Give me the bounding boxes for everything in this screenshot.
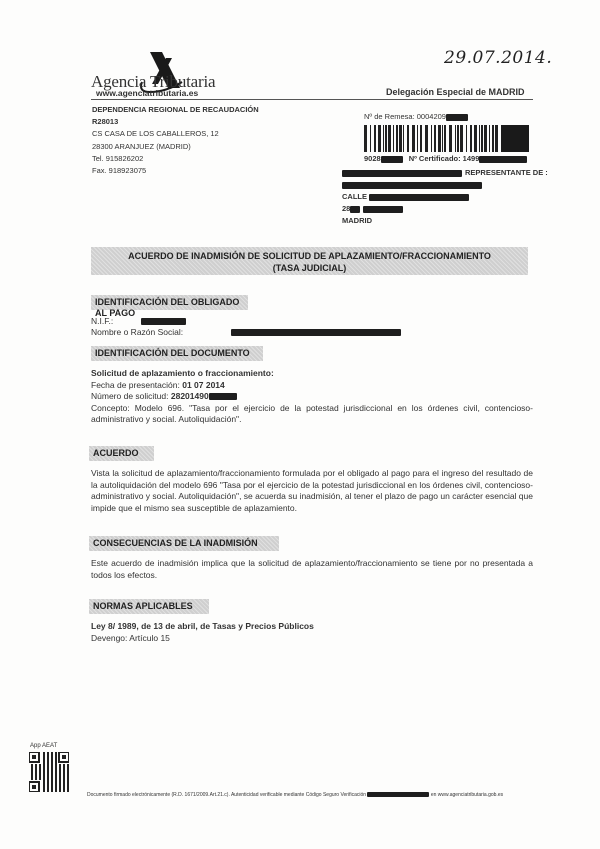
section-heading-acuerdo: ACUERDO — [89, 446, 154, 461]
app-aeat-label: App AEAT — [30, 743, 57, 749]
cert-label: Nº Certificado: 1499 — [409, 154, 480, 163]
redaction — [369, 194, 469, 201]
calle-label: CALLE — [342, 192, 367, 201]
nombre-row: Nombre o Razón Social: — [91, 327, 401, 337]
redaction — [446, 114, 468, 121]
title-line1: ACUERDO DE INADMISIÓN DE SOLICITUD DE AP… — [91, 250, 528, 262]
footer-signature: Documento firmado electrónicamente (R.D.… — [87, 792, 503, 798]
redaction — [342, 182, 482, 189]
header-rule — [91, 99, 533, 100]
recipient-address: REPRESENTANTE DE : CALLE 28 MADRID — [342, 167, 548, 227]
redaction — [209, 393, 237, 400]
delegacion: Delegación Especial de MADRID — [386, 87, 525, 97]
footer-url: en www.agenciatributaria.gob.es — [431, 792, 503, 798]
document-title: ACUERDO DE INADMISIÓN DE SOLICITUD DE AP… — [91, 247, 528, 275]
numero-label: Número de solicitud: — [91, 391, 168, 401]
nombre-label: Nombre o Razón Social: — [91, 327, 183, 337]
fecha-row: Fecha de presentación: 01 07 2014 — [91, 380, 533, 392]
dependencia-street: CS CASA DE LOS CABALLEROS, 12 — [92, 128, 259, 140]
numero-value: 28201490 — [171, 391, 209, 401]
representante-label: REPRESENTANTE DE : — [465, 168, 548, 177]
remesa-label: Nº de Remesa: 0004209 — [364, 112, 446, 121]
section-heading-documento: IDENTIFICACIÓN DEL DOCUMENTO — [91, 346, 263, 361]
section-heading-normas: NORMAS APLICABLES — [89, 599, 209, 614]
recipient-city: MADRID — [342, 215, 548, 227]
title-line2: (TASA JUDICIAL) — [91, 262, 528, 274]
dependencia-block: DEPENDENCIA REGIONAL DE RECAUDACIÓN R280… — [92, 104, 259, 177]
dependencia-name: DEPENDENCIA REGIONAL DE RECAUDACIÓN — [92, 104, 259, 116]
cert-prefix: 9028 — [364, 154, 381, 163]
devengo: Devengo: Artículo 15 — [91, 633, 314, 645]
dependencia-code: R28013 — [92, 116, 259, 128]
certificado: 9028Nº Certificado: 1499 — [364, 154, 527, 163]
section-heading-consecuencias: CONSECUENCIAS DE LA INADMISIÓN — [89, 536, 279, 551]
fecha-value: 01 07 2014 — [182, 380, 225, 390]
solicitud-subtitle: Solicitud de aplazamiento o fraccionamie… — [91, 368, 533, 380]
fecha-label: Fecha de presentación: — [91, 380, 180, 390]
barcode-icon — [364, 125, 529, 152]
agency-url: www.agenciatributaria.es — [96, 88, 198, 98]
dependencia-fax: Fax. 918923075 — [92, 165, 259, 177]
concepto: Concepto: Modelo 696. "Tasa por el ejerc… — [91, 403, 533, 426]
nif-label: N.I.F.: — [91, 316, 113, 326]
documento-block: Solicitud de aplazamiento o fraccionamie… — [91, 368, 533, 426]
redaction — [342, 170, 462, 177]
redaction — [231, 329, 401, 336]
handwritten-date: 29.07.2014. — [444, 48, 552, 68]
acuerdo-text: Vista la solicitud de aplazamiento/fracc… — [91, 468, 533, 514]
redaction — [367, 792, 429, 797]
nif-row: N.I.F.: — [91, 316, 186, 326]
redaction — [350, 206, 360, 213]
redaction — [141, 318, 186, 325]
normas-block: Ley 8/ 1989, de 13 de abril, de Tasas y … — [91, 621, 314, 644]
numero-row: Número de solicitud: 28201490 — [91, 391, 533, 403]
dependencia-tel: Tel. 915826202 — [92, 153, 259, 165]
dependencia-city: 28300 ARANJUEZ (MADRID) — [92, 141, 259, 153]
consecuencias-text: Este acuerdo de inadmisión implica que l… — [91, 558, 533, 581]
redaction — [381, 156, 403, 163]
qr-code-icon[interactable] — [29, 752, 69, 792]
redaction — [479, 156, 527, 163]
remesa-number: Nº de Remesa: 0004209 — [364, 112, 468, 121]
footer-text: Documento firmado electrónicamente (R.D.… — [87, 792, 366, 798]
ley: Ley 8/ 1989, de 13 de abril, de Tasas y … — [91, 621, 314, 633]
cp-label: 28 — [342, 204, 350, 213]
section-heading-obligado: IDENTIFICACIÓN DEL OBLIGADO AL PAGO — [91, 295, 248, 310]
redaction — [363, 206, 403, 213]
